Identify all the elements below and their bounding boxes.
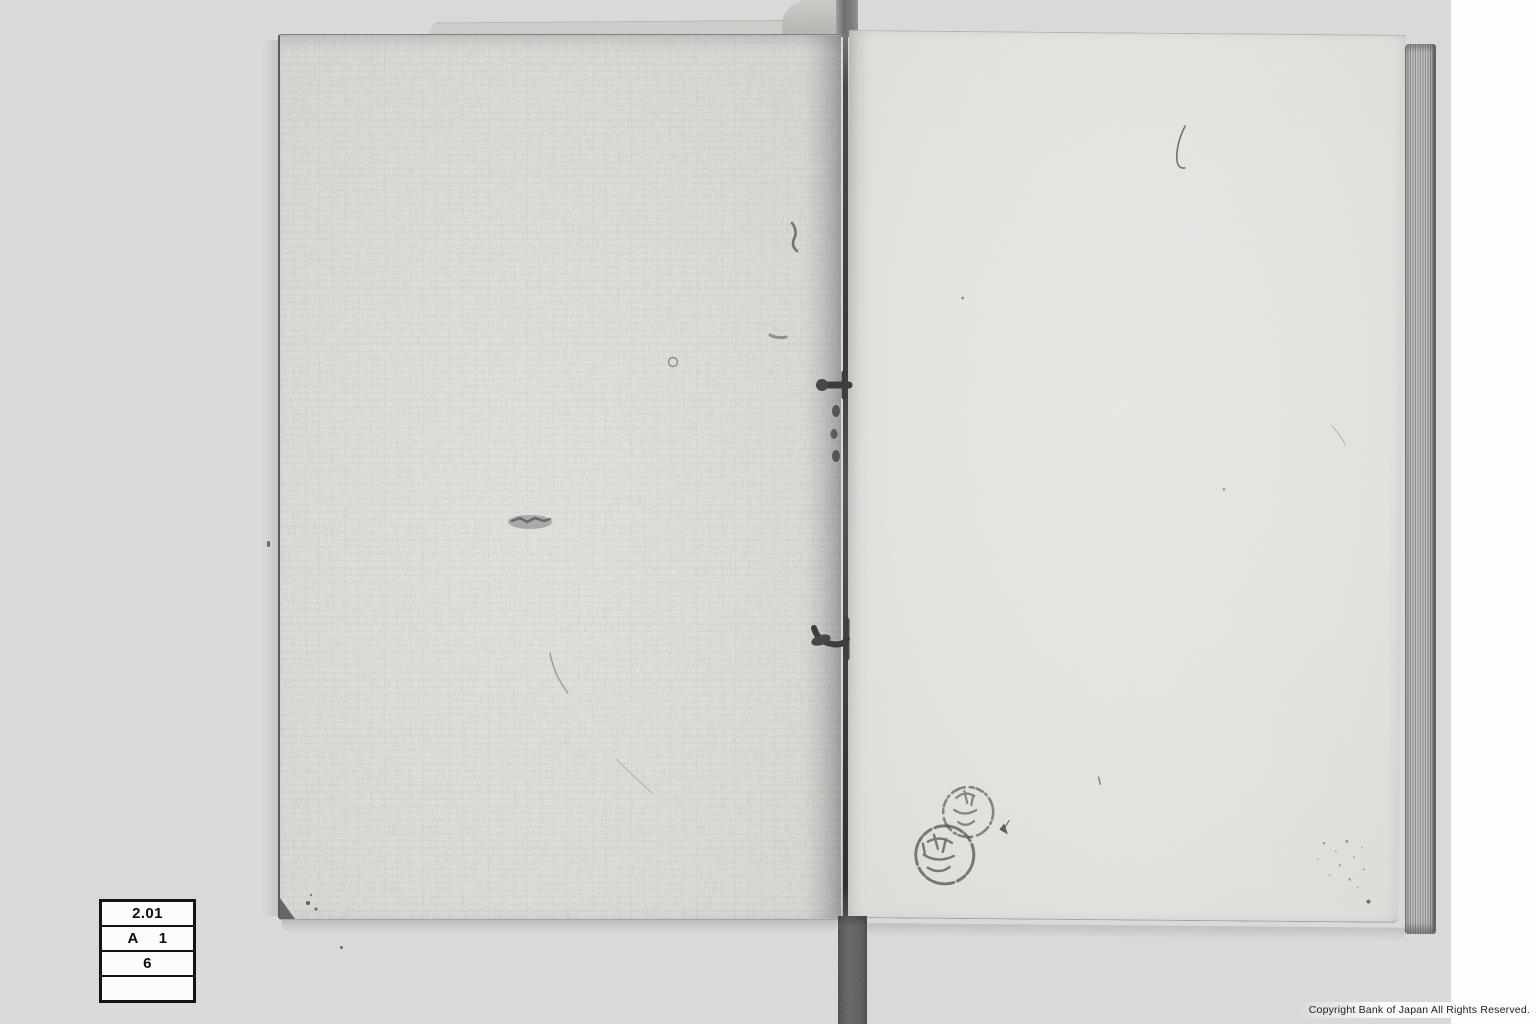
copyright-notice: Copyright Bank of Japan All Rights Reser… [1297,1002,1533,1018]
copyright-text: Copyright Bank of Japan All Rights Reser… [1309,1004,1530,1016]
binding-thread-knots [798,358,870,668]
label-row-3: 6 [102,952,193,977]
right-page [841,30,1406,923]
archive-label-box: 2.01 A 1 6 [99,899,196,1003]
cover-corner-fold [280,898,295,919]
speckle-cluster [1316,840,1370,904]
page-edge-stack [1405,44,1436,934]
gutter-squiggle-mark [792,223,797,251]
spine-strip-bottom [838,916,867,1024]
arrow-fleck-mark [1000,820,1009,833]
edge-fleck [267,541,270,547]
label-row-1: 2.01 [102,902,193,927]
label-series-letter: A [128,930,139,947]
right-page-bottom-shadow [858,923,1406,941]
stamp-mark-lower [916,826,975,885]
hair-mark-2 [616,759,652,793]
label-code: 2.01 [132,905,163,922]
stamp-mark-upper [943,787,993,837]
left-page-ink-marks [280,35,843,921]
hair-mark-right [1331,425,1345,444]
left-page [278,34,841,920]
cover-top-wedge [782,0,836,34]
spine-bottom-texture [838,916,867,1024]
hair-mark-1 [550,653,568,693]
right-page-grain-texture [841,31,1404,922]
label-volume-number: 6 [143,955,152,972]
smudge-core [512,518,550,522]
label-row-2: A 1 [102,927,193,952]
scanner-white-margin [1451,0,1536,1024]
left-cover-edge [262,40,278,916]
curl-mark [1177,126,1185,168]
label-series-number: 1 [159,930,168,947]
tick-mark [1098,777,1100,784]
stray-dot [340,946,343,949]
right-page-ink-marks [841,31,1406,924]
left-page-bottom-shadow [282,920,838,933]
loop-mark [669,358,678,367]
label-row-4 [102,977,193,1000]
book-scan: 2.01 A 1 6 Copyright Bank of Japan All R… [0,0,1536,1024]
left-page-grain-texture [280,35,841,919]
smudge-mark [508,515,552,529]
small-smudge-mark [770,335,786,338]
